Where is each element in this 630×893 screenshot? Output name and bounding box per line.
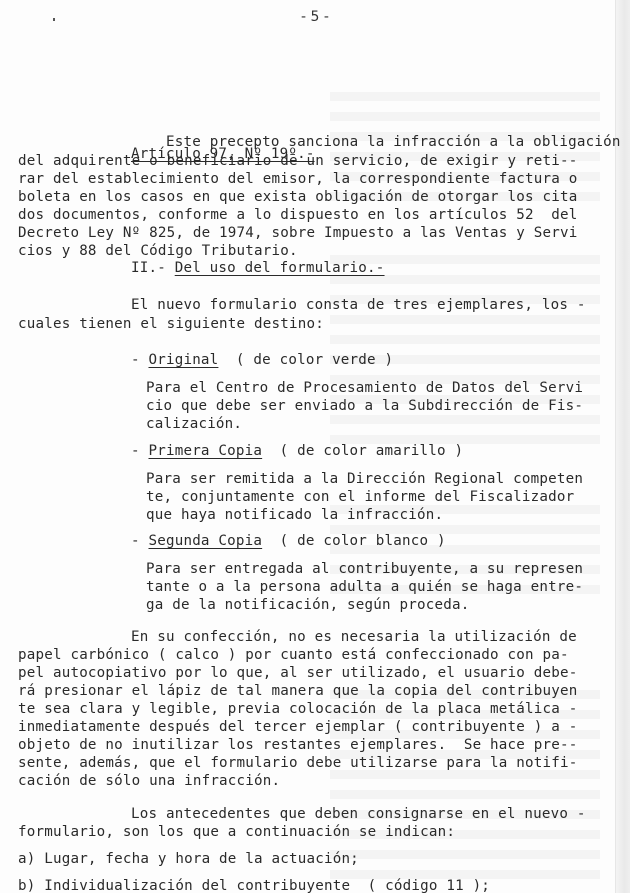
paragraph-line: cuales tienen el siguiente destino:	[18, 316, 324, 332]
copy-description-line: cio que debe ser enviado a la Subdirecci…	[146, 398, 583, 414]
list-item: a) Lugar, fecha y hora de la actuación;	[18, 851, 359, 867]
paragraph-line: sente, además, que el formulario debe ut…	[18, 755, 577, 771]
paragraph-line: Decreto Ley Nº 825, de 1974, sobre Impue…	[18, 225, 577, 241]
document-page: - 5 - Artículo 97, Nº 19º.- Este precept…	[0, 0, 630, 893]
paragraph-line: rá presionar el lápiz de tal manera que …	[18, 683, 577, 699]
paragraph-line: cación de sólo una infracción.	[18, 773, 280, 789]
section-title: Del uso del formulario.-	[175, 260, 385, 276]
paragraph-line: rar del establecimiento del emisor, la c…	[18, 171, 577, 187]
paragraph-line: Este precepto sanciona la infracción a l…	[166, 134, 621, 150]
copy-description-line: que haya notificado la infracción.	[146, 507, 443, 523]
paragraph-line: papel carbónico ( calco ) por cuanto est…	[18, 647, 569, 663]
copy-title: - Primera Copia ( de color amarillo )	[131, 443, 463, 459]
paragraph-line: cios y 88 del Código Tributario.	[18, 243, 298, 259]
paragraph-line: pel autocopiativo por lo que, al ser uti…	[18, 665, 577, 681]
paragraph-line: objeto de no inutilizar los restantes ej…	[18, 737, 577, 753]
copy-description-line: Para ser remitida a la Dirección Regiona…	[146, 471, 583, 487]
copy-description-line: Para el Centro de Procesamiento de Datos…	[146, 380, 583, 396]
copy-title: - Segunda Copia ( de color blanco )	[131, 533, 446, 549]
copy-color: ( de color blanco )	[262, 533, 446, 549]
copy-description-line: te, conjuntamente con el informe del Fis…	[146, 489, 574, 505]
copy-description-line: Para ser entregada al contribuyente, a s…	[146, 561, 583, 577]
paragraph-line: inmediatamente después del tercer ejempl…	[18, 719, 577, 735]
paragraph-line: El nuevo formulario consta de tres ejemp…	[131, 297, 586, 313]
paragraph-line: te sea clara y legible, previa colocació…	[18, 701, 577, 717]
paragraph-line: formulario, son los que a continuación s…	[18, 824, 455, 840]
paragraph-line: dos documentos, conforme a lo dispuesto …	[18, 207, 577, 223]
copy-title: - Original ( de color verde )	[131, 352, 393, 368]
copy-color: ( de color amarillo )	[262, 443, 463, 459]
show-through-texture	[330, 255, 600, 445]
copy-description-line: tante o a la persona adulta a quién se h…	[146, 579, 583, 595]
paragraph-line: boleta en los casos en que exista obliga…	[18, 189, 577, 205]
paragraph-line: En su confección, no es necesaria la uti…	[131, 629, 577, 645]
copy-color: ( de color verde )	[218, 352, 393, 368]
copy-name: Original	[148, 352, 218, 368]
copy-name: Segunda Copia	[148, 533, 262, 549]
copy-name: Primera Copia	[148, 443, 262, 459]
copy-description-line: ga de la notificación, según proceda.	[146, 597, 469, 613]
paragraph-line: del adquirente o beneficiario de un serv…	[18, 153, 577, 169]
section-number: II.-	[131, 260, 175, 276]
section-heading: II.- Del uso del formulario.-	[131, 260, 385, 276]
list-item: b) Individualización del contribuyente (…	[18, 878, 490, 893]
page-number: - 5 -	[0, 9, 630, 25]
paragraph-line: Los antecedentes que deben consignarse e…	[131, 806, 586, 822]
copy-description-line: calización.	[146, 416, 242, 432]
